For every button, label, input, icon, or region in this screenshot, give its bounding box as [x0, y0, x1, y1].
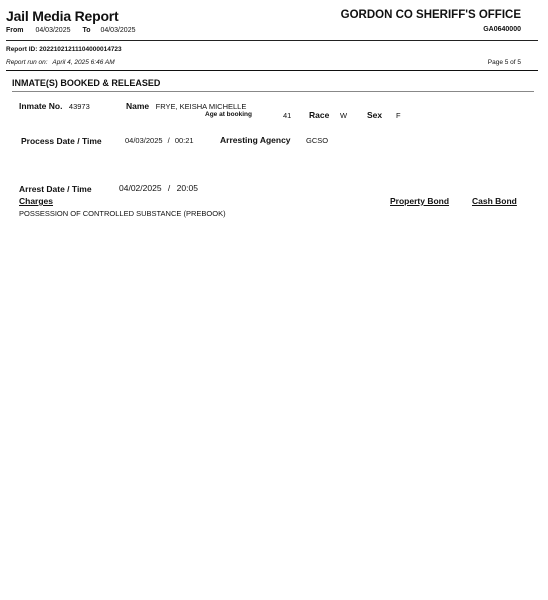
process-separator: / [168, 136, 170, 145]
to-date: 04/03/2025 [100, 27, 135, 34]
run-on-label: Report run on: [6, 59, 48, 66]
arresting-agency-label: Arresting Agency [220, 135, 291, 145]
age-label: Age at booking [205, 111, 252, 118]
process-date: 04/03/2025 [125, 136, 163, 145]
date-range: From 04/03/2025 To 04/03/2025 [6, 27, 136, 34]
from-date: 04/03/2025 [35, 27, 70, 34]
inmate-number-label: Inmate No. [19, 101, 62, 111]
cash-bond-header: Cash Bond [472, 196, 517, 206]
section-title: INMATE(S) BOOKED & RELEASED [12, 78, 160, 88]
process-datetime: 04/03/2025 / 00:21 [125, 136, 194, 145]
agency-name: GORDON CO SHERIFF'S OFFICE [341, 9, 521, 21]
agency-code: GA0640000 [483, 26, 521, 33]
inmate-number-value: 43973 [69, 102, 90, 111]
inmate-name-value: FRYE, KEISHA MICHELLE [156, 102, 247, 111]
age-value: 41 [283, 111, 291, 120]
race-label: Race [309, 110, 329, 120]
from-label: From [6, 27, 24, 34]
process-label: Process Date / Time [21, 136, 102, 146]
race-value: W [340, 111, 347, 120]
report-id-label: Report ID: [6, 46, 37, 53]
report-id-value: 20221021211104000014723 [39, 46, 121, 53]
inmate-name-label: Name [126, 101, 149, 111]
process-time: 00:21 [175, 136, 194, 145]
section-divider [12, 91, 534, 92]
arrest-datetime: 04/02/2025 / 20:05 [119, 183, 198, 193]
charges-header: Charges [19, 196, 53, 206]
report-run-on: Report run on: April 4, 2025 6:46 AM [6, 59, 115, 66]
sex-value: F [396, 111, 401, 120]
inmate-number-field: Inmate No. 43973 [19, 96, 90, 114]
run-divider [6, 70, 538, 71]
charge-description: POSSESSION OF CONTROLLED SUBSTANCE (PREB… [19, 209, 226, 218]
report-id: Report ID: 20221021211104000014723 [6, 46, 122, 53]
to-label: To [82, 27, 90, 34]
run-on-value: April 4, 2025 6:46 AM [52, 59, 114, 66]
arresting-agency-value: GCSO [306, 136, 328, 145]
report-title: Jail Media Report [6, 8, 119, 24]
sex-label: Sex [367, 110, 382, 120]
charge-row: POSSESSION OF CONTROLLED SUBSTANCE (PREB… [19, 209, 226, 218]
arrest-label: Arrest Date / Time [19, 184, 92, 194]
arrest-time: 20:05 [177, 183, 198, 193]
property-bond-header: Property Bond [390, 196, 449, 206]
arrest-separator: / [168, 183, 170, 193]
arrest-date: 04/02/2025 [119, 183, 162, 193]
header-divider [6, 40, 538, 41]
page-number: Page 5 of 5 [488, 59, 521, 66]
